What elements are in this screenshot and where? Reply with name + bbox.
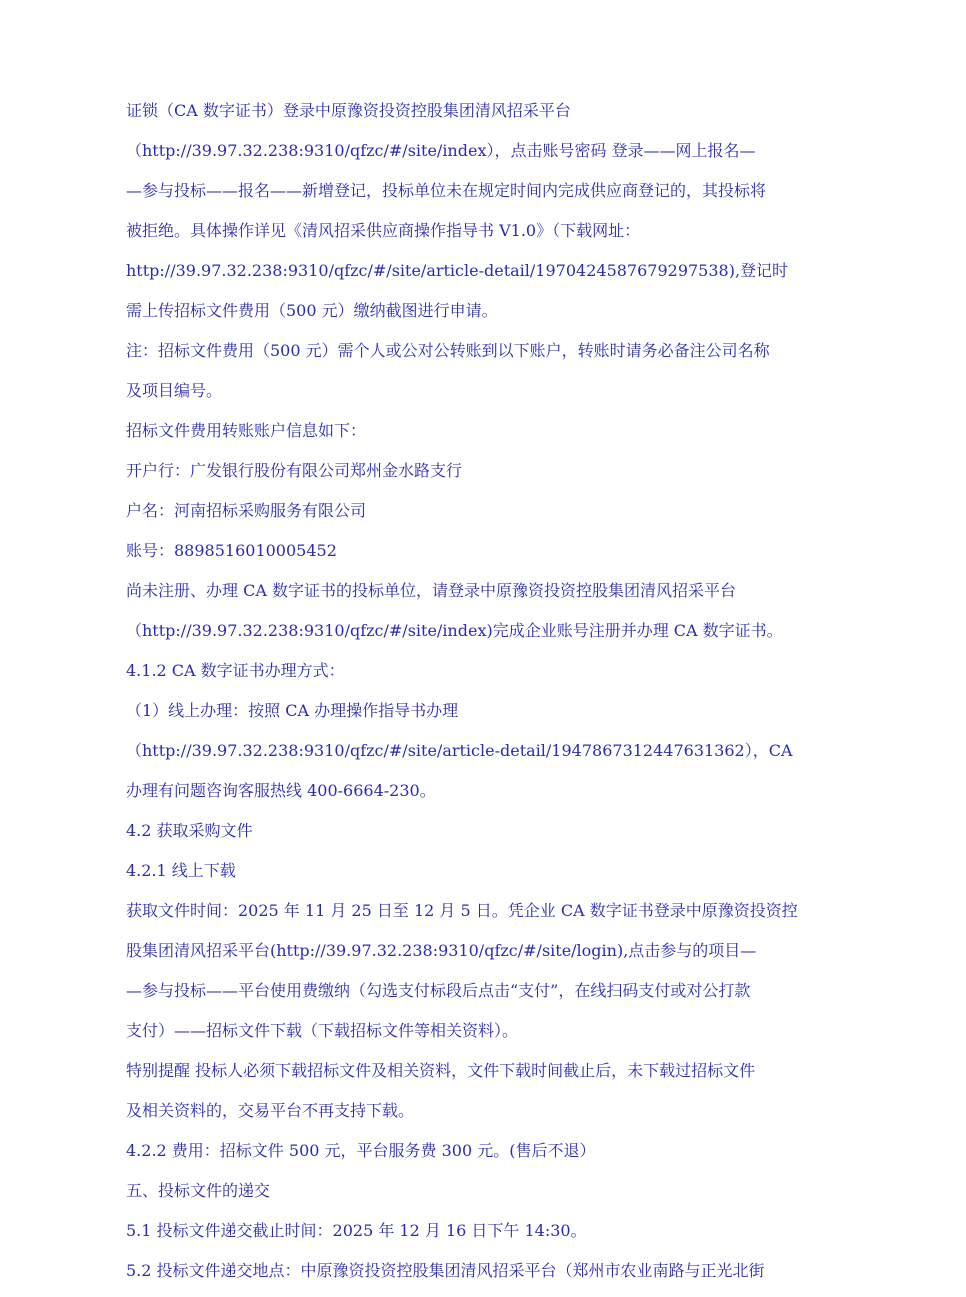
document-body: 证锁（CA 数字证书）登录中原豫资投资控股集团清风招采平台 （http://39…	[126, 94, 838, 1294]
text-line-url: 股集团清风招采平台(http://39.97.32.238:9310/qfzc/…	[126, 934, 838, 974]
account-info-heading: 招标文件费用转账账户信息如下：	[126, 414, 838, 454]
text-line: 及相关资料的，交易平台不再支持下载。	[126, 1094, 838, 1134]
text-line-note: 注：招标文件费用（500 元）需个人或公对公转账到以下账户，转账时请务必备注公司…	[126, 334, 838, 374]
text-line: 需上传招标文件费用（500 元）缴纳截图进行申请。	[126, 294, 838, 334]
text-line-url: http://39.97.32.238:9310/qfzc/#/site/art…	[126, 254, 838, 294]
section-heading-4-2-2: 4.2.2 费用：招标文件 500 元，平台服务费 300 元。(售后不退）	[126, 1134, 838, 1174]
section-heading-4-2: 4.2 获取采购文件	[126, 814, 838, 854]
section-heading-4-1-2: 4.1.2 CA 数字证书办理方式：	[126, 654, 838, 694]
text-line: 获取文件时间：2025 年 11 月 25 日至 12 月 5 日。凭企业 CA…	[126, 894, 838, 934]
text-line-url: （http://39.97.32.238:9310/qfzc/#/site/in…	[126, 614, 838, 654]
text-line: 尚未注册、办理 CA 数字证书的投标单位，请登录中原豫资投资控股集团清风招采平台	[126, 574, 838, 614]
text-line-url: （http://39.97.32.238:9310/qfzc/#/site/in…	[126, 134, 838, 174]
text-line: 支付）——招标文件下载（下载招标文件等相关资料）。	[126, 1014, 838, 1054]
text-line: —参与投标——报名——新增登记，投标单位未在规定时间内完成供应商登记的，其投标将	[126, 174, 838, 214]
bank-name: 开户行：广发银行股份有限公司郑州金水路支行	[126, 454, 838, 494]
text-line: （1）线上办理：按照 CA 办理操作指导书办理	[126, 694, 838, 734]
text-line: 被拒绝。具体操作详见《清风招采供应商操作指导书 V1.0》（下载网址：	[126, 214, 838, 254]
section-heading-5-2: 5.2 投标文件递交地点：中原豫资投资控股集团清风招采平台（郑州市农业南路与正光…	[126, 1254, 838, 1294]
section-heading-4-2-1: 4.2.1 线上下载	[126, 854, 838, 894]
section-heading-5: 五、投标文件的递交	[126, 1174, 838, 1214]
hotline-line: 办理有问题咨询客服热线 400-6664-230。	[126, 774, 838, 814]
text-line: —参与投标——平台使用费缴纳（勾选支付标段后点击“支付”，在线扫码支付或对公打款	[126, 974, 838, 1014]
special-reminder: 特别提醒 投标人必须下载招标文件及相关资料，文件下载时间截止后，未下载过招标文件	[126, 1054, 838, 1094]
section-heading-5-1: 5.1 投标文件递交截止时间：2025 年 12 月 16 日下午 14:30。	[126, 1214, 838, 1254]
text-line: 及项目编号。	[126, 374, 838, 414]
account-holder: 户名：河南招标采购服务有限公司	[126, 494, 838, 534]
text-line: 证锁（CA 数字证书）登录中原豫资投资控股集团清风招采平台	[126, 94, 838, 134]
text-line-url: （http://39.97.32.238:9310/qfzc/#/site/ar…	[126, 734, 838, 774]
account-number: 账号：8898516010005452	[126, 534, 838, 574]
